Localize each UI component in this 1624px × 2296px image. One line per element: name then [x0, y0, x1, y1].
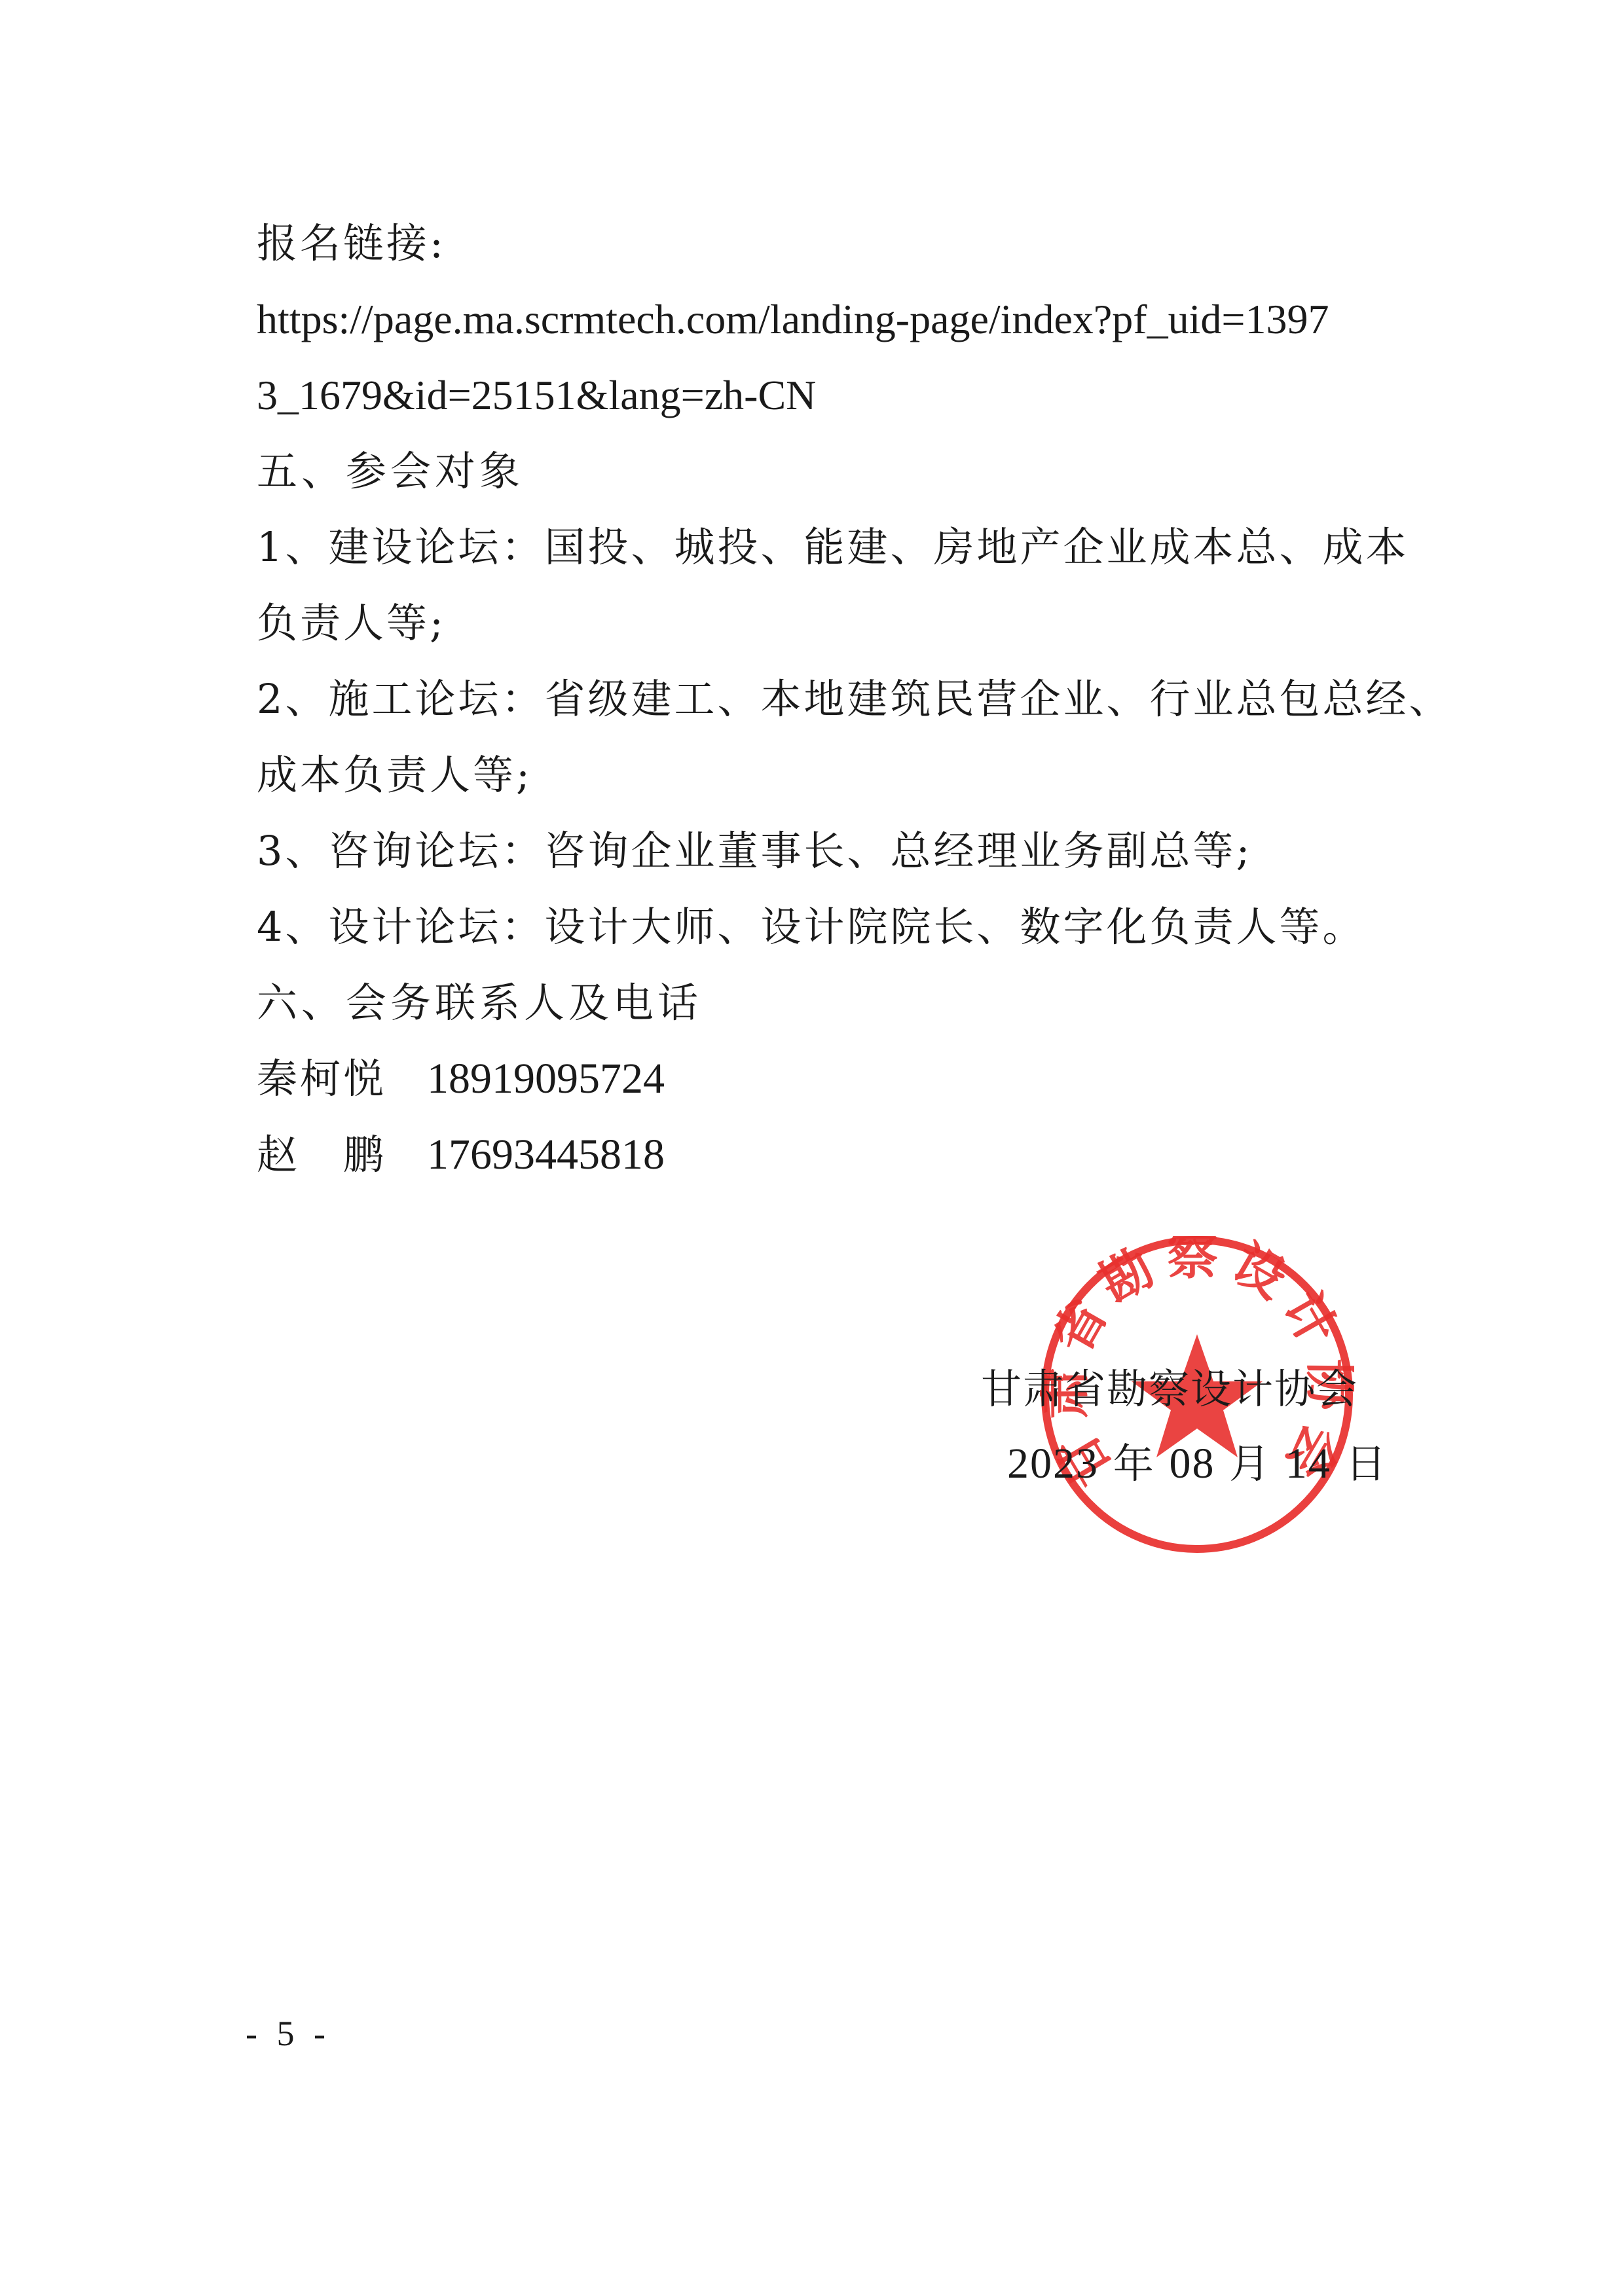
- signup-url-line2[interactable]: 3_1679&id=25151&lang=zh-CN: [257, 369, 816, 422]
- page-number: - 5 -: [246, 2013, 331, 2054]
- date-year-unit: 年: [1113, 1440, 1155, 1487]
- contact-row: 秦柯悦18919095724: [257, 1053, 665, 1105]
- signature-organization: 甘肃省勘察设计协会: [981, 1363, 1358, 1415]
- section5-item1-line1: 1、建设论坛：国投、城投、能建、房地产企业成本总、成本: [257, 521, 1409, 574]
- section6-heading: 六、会务联系人及电话: [257, 977, 702, 1029]
- section5-item2-line2: 成本负责人等;: [257, 749, 532, 801]
- date-day-unit: 日: [1346, 1440, 1388, 1487]
- date-year: 2023: [1007, 1440, 1099, 1487]
- section5-item1-line2: 负责人等;: [257, 597, 446, 649]
- contact-row: 赵 鹏17693445818: [257, 1129, 665, 1181]
- section5-item4: 4、设计论坛：设计大师、设计院院长、数字化负责人等。: [257, 901, 1365, 953]
- date-month-unit: 月: [1229, 1440, 1271, 1487]
- section5-heading: 五、参会对象: [257, 445, 524, 498]
- contact-name: 赵 鹏: [257, 1129, 427, 1181]
- contact-phone: 17693445818: [427, 1131, 665, 1178]
- contact-name: 秦柯悦: [257, 1053, 427, 1105]
- document-page: 报名链接: https://page.ma.scrmtech.com/landi…: [0, 0, 1624, 2296]
- contact-phone: 18919095724: [427, 1055, 665, 1102]
- section5-item3: 3、咨询论坛：咨询企业董事长、总经理业务副总等;: [257, 825, 1252, 877]
- signature-date: 2023 年 08 月 14 日: [1007, 1438, 1388, 1490]
- signup-label: 报名链接:: [257, 217, 446, 270]
- section5-item2-line1: 2、施工论坛：省级建工、本地建筑民营企业、行业总包总经、: [257, 673, 1452, 725]
- date-day: 14: [1285, 1440, 1331, 1487]
- signup-url-line1[interactable]: https://page.ma.scrmtech.com/landing-pag…: [257, 293, 1329, 346]
- date-month: 08: [1169, 1440, 1215, 1487]
